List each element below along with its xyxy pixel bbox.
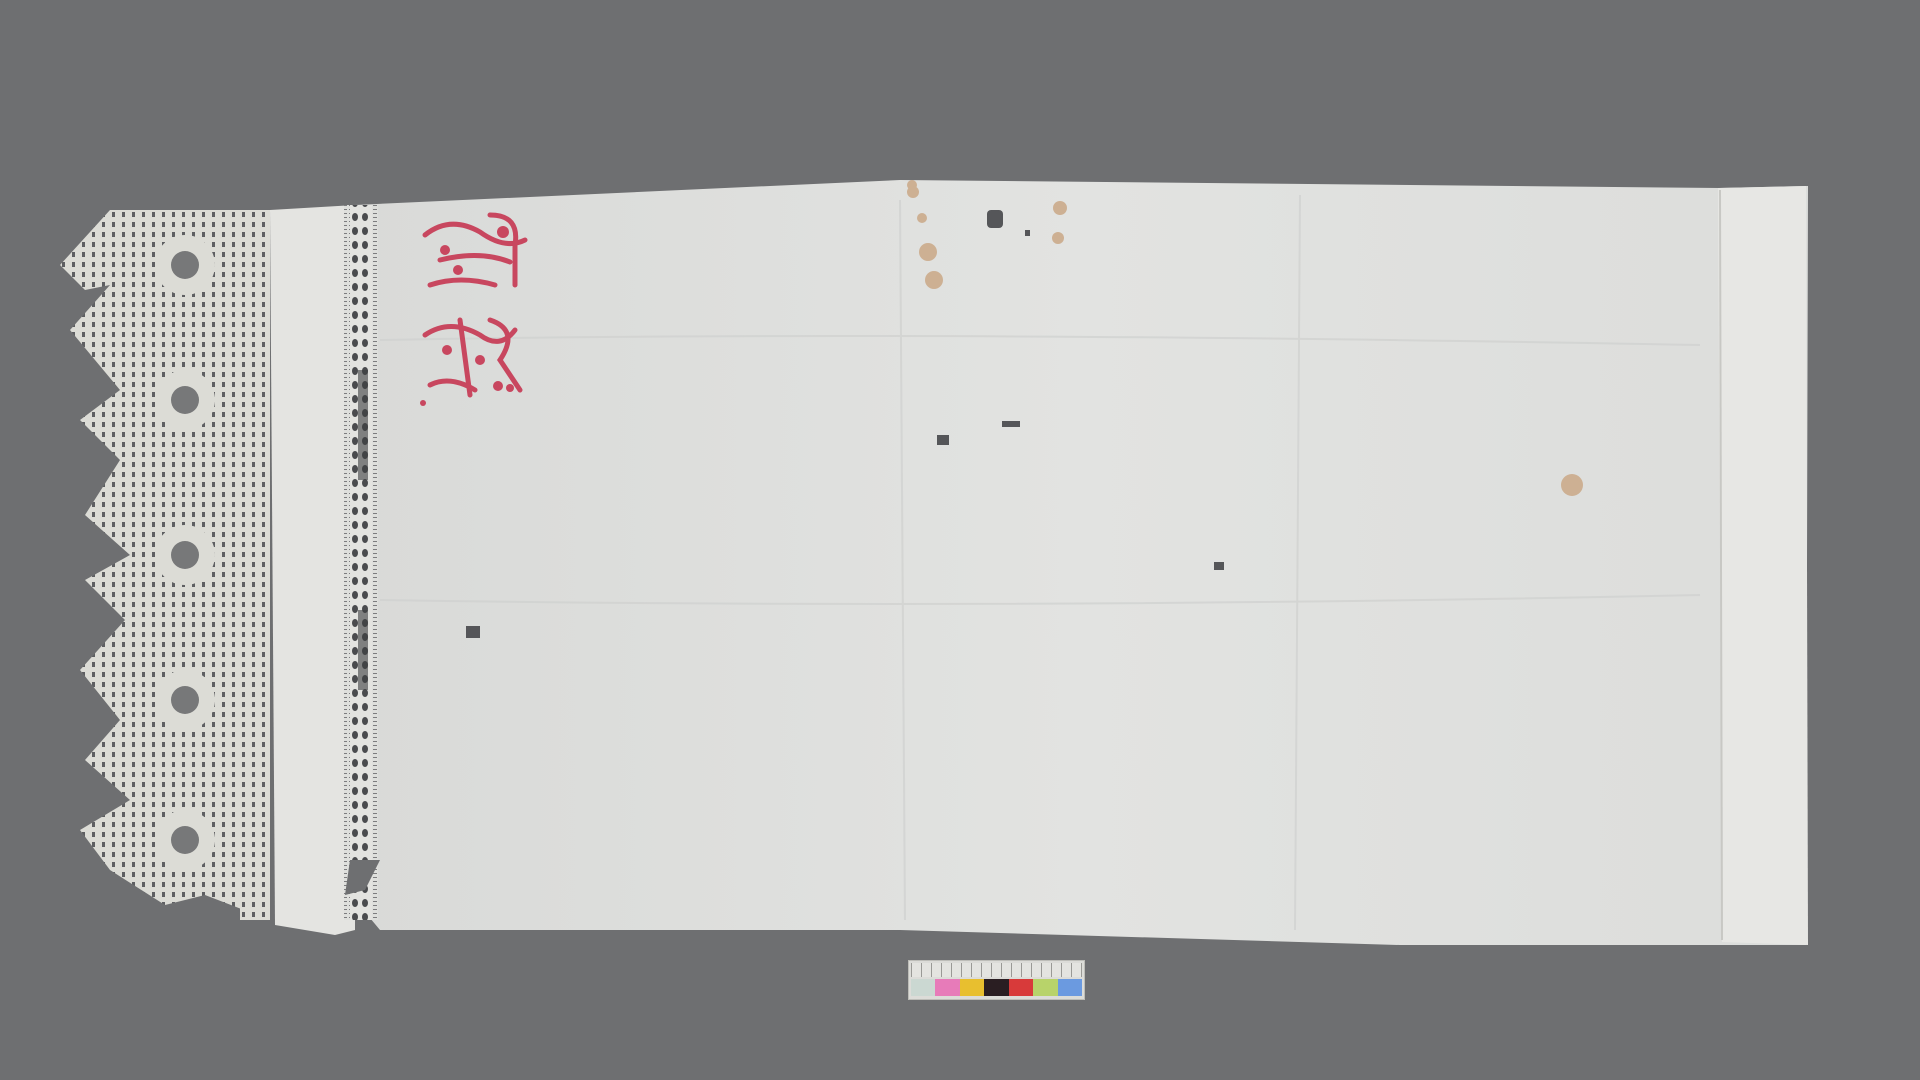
- patch-blue: [1058, 979, 1082, 996]
- patch-black: [984, 979, 1008, 996]
- patch-red: [1009, 979, 1033, 996]
- plain-band: [270, 205, 355, 935]
- drawn-thread-insertion: [350, 205, 372, 920]
- color-reference-card: [908, 960, 1085, 1000]
- patch-green: [1033, 979, 1057, 996]
- linen-body: [355, 180, 1808, 945]
- color-patches: [911, 979, 1082, 996]
- textile-photo: Linen towel with filet crochet lace bord…: [0, 0, 1920, 1080]
- patch-white: [911, 979, 935, 996]
- right-hem: [1718, 186, 1808, 945]
- patch-yellow: [960, 979, 984, 996]
- towel-illustration: [0, 0, 1920, 1080]
- ruler-scale: [911, 963, 1082, 977]
- patch-magenta: [935, 979, 959, 996]
